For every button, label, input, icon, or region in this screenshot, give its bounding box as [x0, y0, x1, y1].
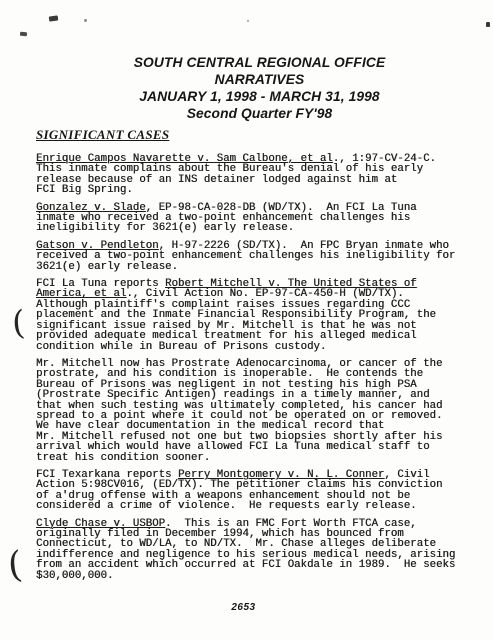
header-office-line: SOUTH CENTRAL REGIONAL OFFICE	[26, 54, 493, 71]
header-quarter-line: Second Quarter FY'98	[26, 105, 493, 122]
scan-smudge	[20, 32, 27, 37]
case-text: Mr. Mitchell now has Prostrate Adenocarc…	[36, 358, 442, 464]
section-heading: SIGNIFICANT CASES	[36, 127, 169, 143]
case-paragraph: FCI Texarkana reports Perry Montgomery v…	[36, 470, 472, 512]
scan-smudge	[486, 22, 490, 27]
document-header: SOUTH CENTRAL REGIONAL OFFICE NARRATIVES…	[26, 54, 493, 122]
scanned-document-page: ( ( SOUTH CENTRAL REGIONAL OFFICE NARRAT…	[0, 0, 493, 640]
scan-smudge	[247, 20, 249, 22]
case-paragraph: Clyde Chase v. USBOP. This is an FMC For…	[36, 519, 472, 581]
handwritten-paren-mark: (	[11, 306, 26, 340]
case-text: . This is an FMC Fort Worth FTCA case, o…	[36, 518, 455, 582]
page-number: 2653	[0, 602, 487, 613]
case-text: ., Civil Action No. EP-97-CA-450-H (WD/T…	[36, 288, 436, 352]
scan-smudge	[49, 15, 59, 21]
handwritten-paren-mark: (	[6, 547, 24, 584]
header-daterange-line: JANUARY 1, 1998 - MARCH 31, 1998	[26, 88, 493, 105]
scan-smudge	[84, 19, 87, 22]
case-paragraph: Gatson v. Pendleton, H-97-2226 (SD/TX). …	[36, 241, 472, 272]
case-paragraph: Enrique Campos Navarette v. Sam Calbone,…	[36, 154, 472, 196]
case-paragraph: Gonzalez v. Slade, EP-98-CA-028-DB (WD/T…	[36, 203, 472, 234]
header-narratives-line: NARRATIVES	[26, 71, 493, 88]
case-paragraph: Mr. Mitchell now has Prostrate Adenocarc…	[36, 359, 472, 463]
document-body: Enrique Campos Navarette v. Sam Calbone,…	[36, 154, 472, 588]
case-paragraph: FCI La Tuna reports Robert Mitchell v. T…	[36, 279, 472, 352]
